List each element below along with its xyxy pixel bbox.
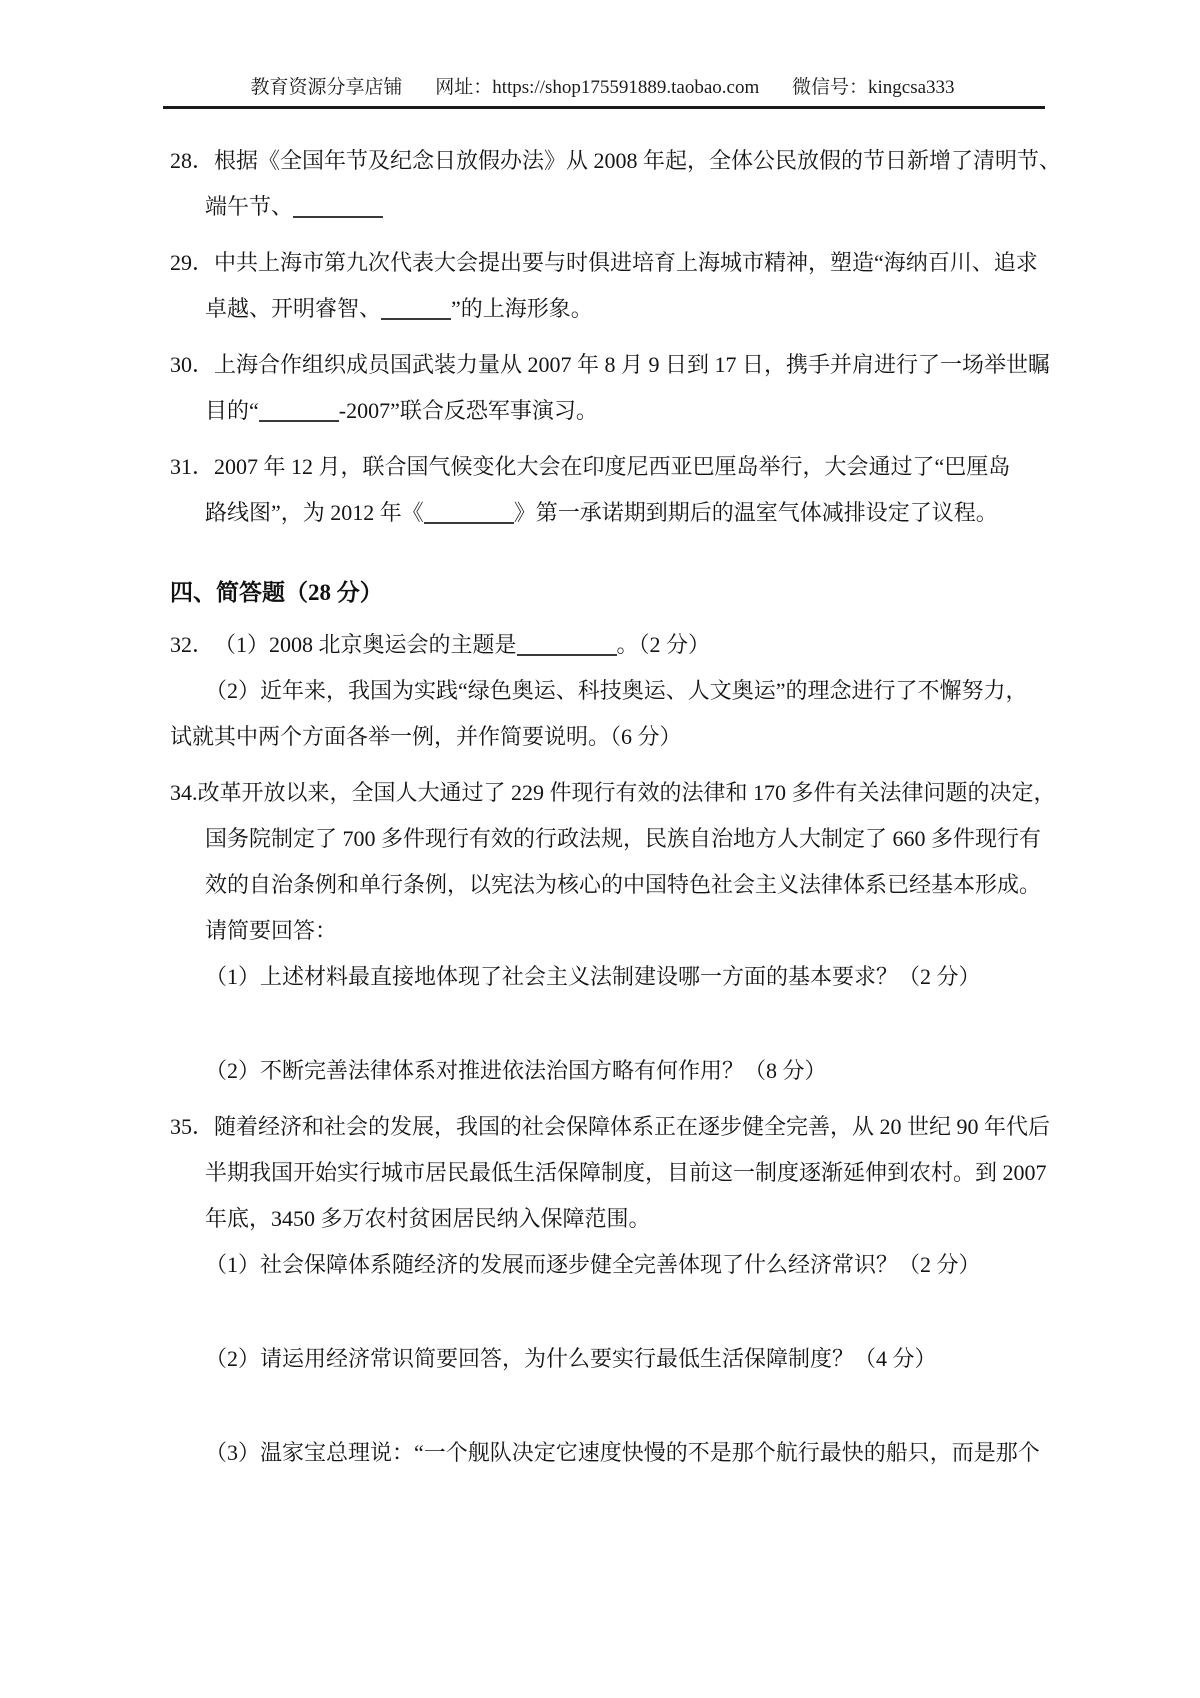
question-35-sub3-text: （3）温家宝总理说：“一个舰队决定它速度快慢的不是那个航行最快的船只，而是那个 [205,1440,1040,1465]
question-34-text-3: 效的自治条例和单行条例，以宪法为核心的中国特色社会主义法律体系已经基本形成。 [205,872,1041,897]
question-30-line-1: 30．上海合作组织成员国武装力量从 2007 年 8 月 9 日到 17 日，携… [170,342,1060,388]
question-35-subquestion-2: （2）请运用经济常识简要回答，为什么要实行最低生活保障制度？（4 分） [170,1336,1060,1382]
header-shop-url: 网址：https://shop175591889.taobao.com [435,77,759,98]
question-34-line-1: 34.改革开放以来，全国人大通过了 229 件现行有效的法律和 170 多件有关… [170,770,1060,816]
question-31-text-3: 》第一承诺期到期后的温室气体减排设定了议程。 [514,500,998,525]
question-29-text-2: 卓越、开明睿智、 [205,296,381,321]
question-35-subquestion-1: （1）社会保障体系随经济的发展而逐步健全完善体现了什么经济常识？（2 分） [170,1242,1060,1288]
question-35-line-2: 半期我国开始实行城市居民最低生活保障制度，目前这一制度逐渐延伸到农村。到 200… [170,1150,1060,1196]
question-29: 29．中共上海市第九次代表大会提出要与时俱进培育上海城市精神，塑造“海纳百川、追… [170,240,1060,332]
question-29-line-2: 卓越、开明睿智、”的上海形象。 [170,286,1060,332]
exam-paper-page: 教育资源分享店铺 网址：https://shop175591889.taobao… [0,0,1200,1698]
question-29-number: 29． [170,240,214,286]
question-32-part1-points: 。（2 分） [617,632,711,657]
question-34-line-4: 请简要回答： [170,908,1060,954]
question-34-text-2: 国务院制定了 700 多件现行有效的行政法规，民族自治地方人大制定了 660 多… [205,826,1041,851]
question-32-line-2: （2）近年来，我国为实践“绿色奥运、科技奥运、人文奥运”的理念进行了不懈努力， [170,668,1060,714]
answer-blank-q32 [517,630,617,656]
question-31-text-2: 路线图”，为 2012 年《 [205,500,424,525]
question-32-part2-text: （2）近年来，我国为实践“绿色奥运、科技奥运、人文奥运”的理念进行了不懈努力， [205,678,1028,703]
question-34: 34.改革开放以来，全国人大通过了 229 件现行有效的法律和 170 多件有关… [170,770,1060,1094]
question-30-number: 30． [170,342,214,388]
answer-blank-q31 [424,498,514,524]
question-35-sub2-text: （2）请运用经济常识简要回答，为什么要实行最低生活保障制度？（4 分） [205,1346,937,1371]
question-28-number: 28． [170,138,214,184]
question-28-line-1: 28．根据《全国年节及纪念日放假办法》从 2008 年起，全体公民放假的节日新增… [170,138,1060,184]
question-31-line-2: 路线图”，为 2012 年《》第一承诺期到期后的温室气体减排设定了议程。 [170,490,1060,536]
question-32-part2-text-2: 试就其中两个方面各举一例，并作简要说明。（6 分） [170,724,682,749]
question-34-sub1-text: （1）上述材料最直接地体现了社会主义法制建设哪一方面的基本要求？（2 分） [205,964,981,989]
question-34-number: 34. [170,780,198,805]
question-31-number: 31． [170,444,214,490]
question-34-subquestion-2: （2）不断完善法律体系对推进依法治国方略有何作用？（8 分） [170,1048,1060,1094]
question-29-line-1: 29．中共上海市第九次代表大会提出要与时俱进培育上海城市精神，塑造“海纳百川、追… [170,240,1060,286]
question-28: 28．根据《全国年节及纪念日放假办法》从 2008 年起，全体公民放假的节日新增… [170,138,1060,230]
question-34-subquestion-1: （1）上述材料最直接地体现了社会主义法制建设哪一方面的基本要求？（2 分） [170,954,1060,1000]
answer-blank-q28 [293,192,383,218]
question-30-text-3: -2007”联合反恐军事演习。 [339,398,598,423]
header-store-name: 教育资源分享店铺 [250,77,402,98]
question-32-line-1: 32．（1）2008 北京奥运会的主题是。（2 分） [170,622,1060,668]
question-28-line-2: 端午节、 [170,184,1060,230]
question-34-line-2: 国务院制定了 700 多件现行有效的行政法规，民族自治地方人大制定了 660 多… [170,816,1060,862]
question-35-number: 35． [170,1104,214,1150]
question-30: 30．上海合作组织成员国武装力量从 2007 年 8 月 9 日到 17 日，携… [170,342,1060,434]
header-wechat-id: 微信号：kingcsa333 [792,77,955,98]
question-35-line-3: 年底，3450 多万农村贫困居民纳入保障范围。 [170,1196,1060,1242]
answer-blank-q29 [381,294,451,320]
question-32-part1-text: （1）2008 北京奥运会的主题是 [214,632,517,657]
question-32-line-3: 试就其中两个方面各举一例，并作简要说明。（6 分） [170,714,1060,760]
question-35: 35．随着经济和社会的发展，我国的社会保障体系正在逐步健全完善，从 20 世纪 … [170,1104,1060,1476]
question-35-line-1: 35．随着经济和社会的发展，我国的社会保障体系正在逐步健全完善，从 20 世纪 … [170,1104,1060,1150]
question-31: 31．2007 年 12 月，联合国气候变化大会在印度尼西亚巴厘岛举行，大会通过… [170,444,1060,536]
question-31-line-1: 31．2007 年 12 月，联合国气候变化大会在印度尼西亚巴厘岛举行，大会通过… [170,444,1060,490]
question-34-text-4: 请简要回答： [205,918,337,943]
question-34-text-1: 改革开放以来，全国人大通过了 229 件现行有效的法律和 170 多件有关法律问… [198,780,1056,805]
question-34-sub2-text: （2）不断完善法律体系对推进依法治国方略有何作用？（8 分） [205,1058,827,1083]
question-28-text: 根据《全国年节及纪念日放假办法》从 2008 年起，全体公民放假的节日新增了清明… [214,148,1061,173]
question-35-text-2: 半期我国开始实行城市居民最低生活保障制度，目前这一制度逐渐延伸到农村。到 200… [205,1160,1047,1185]
question-34-line-3: 效的自治条例和单行条例，以宪法为核心的中国特色社会主义法律体系已经基本形成。 [170,862,1060,908]
page-header: 教育资源分享店铺 网址：https://shop175591889.taobao… [160,72,1045,99]
question-30-line-2: 目的“-2007”联合反恐军事演习。 [170,388,1060,434]
question-35-sub1-text: （1）社会保障体系随经济的发展而逐步健全完善体现了什么经济常识？（2 分） [205,1252,981,1277]
question-29-text-3: ”的上海形象。 [451,296,593,321]
exam-body: 28．根据《全国年节及纪念日放假办法》从 2008 年起，全体公民放假的节日新增… [170,138,1060,1476]
question-35-subquestion-3: （3）温家宝总理说：“一个舰队决定它速度快慢的不是那个航行最快的船只，而是那个 [170,1430,1060,1476]
question-35-text-3: 年底，3450 多万农村贫困居民纳入保障范围。 [205,1206,651,1231]
question-31-text: 2007 年 12 月，联合国气候变化大会在印度尼西亚巴厘岛举行，大会通过了“巴… [214,454,1010,479]
question-35-text-1: 随着经济和社会的发展，我国的社会保障体系正在逐步健全完善，从 20 世纪 90 … [214,1114,1050,1139]
question-30-text: 上海合作组织成员国武装力量从 2007 年 8 月 9 日到 17 日，携手并肩… [214,352,1050,377]
question-28-text-2: 端午节、 [205,194,293,219]
question-29-text: 中共上海市第九次代表大会提出要与时俱进培育上海城市精神，塑造“海纳百川、追求 [214,250,1038,275]
question-32: 32．（1）2008 北京奥运会的主题是。（2 分） （2）近年来，我国为实践“… [170,622,1060,760]
header-divider-line [163,106,1045,109]
answer-blank-q30 [259,396,339,422]
question-32-number: 32． [170,622,214,668]
section-4-title: 四、简答题（28 分） [170,570,1060,616]
question-30-text-2: 目的“ [205,398,259,423]
